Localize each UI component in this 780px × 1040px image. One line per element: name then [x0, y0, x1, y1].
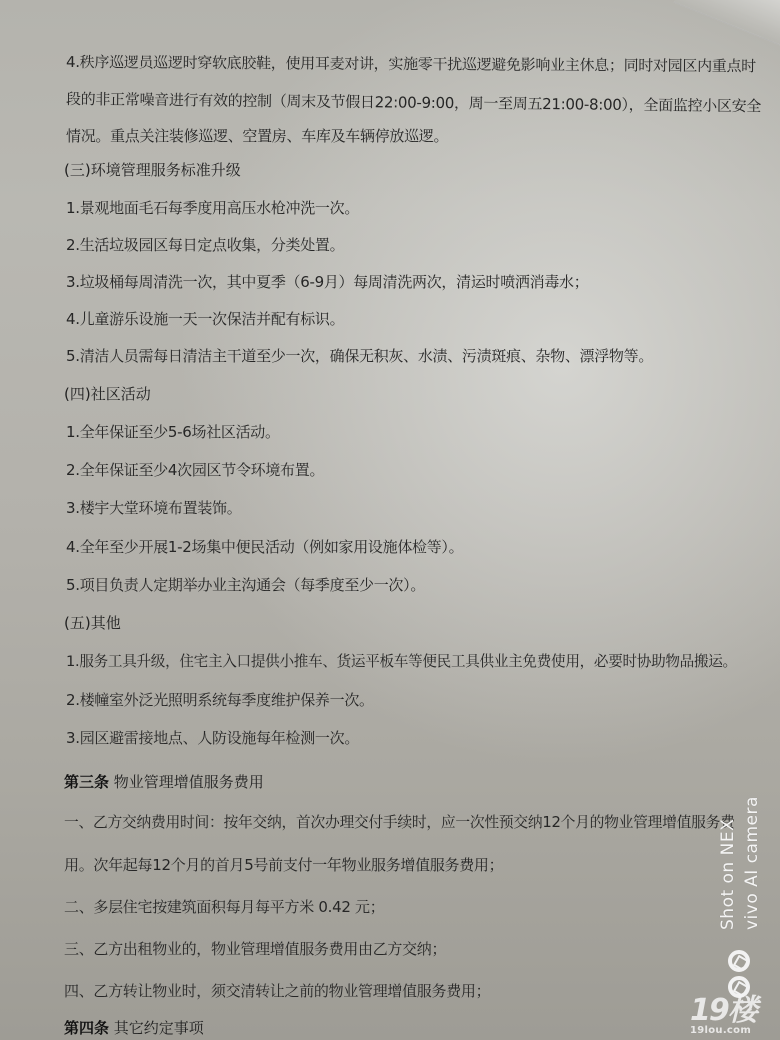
section-heading-community: (四)社区活动 [64, 384, 151, 404]
paper-corner-fold [674, 0, 780, 55]
article-heading-3: 第三条 物业管理增值服务费用 [64, 772, 264, 792]
list-item: 1.服务工具升级，住宅主入口提供小推车、货运平板车等便民工具供业主免费使用，必要… [66, 652, 737, 672]
article-title: 其它约定事项 [114, 1019, 204, 1037]
site-logo-mark: 19楼 [690, 993, 756, 1028]
section-heading-environment: (三)环境管理服务标准升级 [64, 160, 241, 180]
list-item: 3.园区避雷接地点、人防设施每年检测一次。 [66, 728, 359, 748]
paragraph-line: 段的非正常噪音进行有效的控制（周末及节假日22:00-9:00，周一至周五21:… [66, 89, 761, 116]
paragraph-line: 情况。重点关注装修巡逻、空置房、车库及车辆停放巡逻。 [66, 126, 448, 146]
site-logo: 19楼 19lou.com [690, 985, 756, 1036]
clause-line: 二、多层住宅按建筑面积每月每平方米 0.42 元； [64, 897, 384, 917]
list-item: 1.景观地面毛石每季度用高压水枪冲洗一次。 [66, 198, 359, 218]
list-item: 3.垃圾桶每周清洗一次，其中夏季（6-9月）每周清洗两次，清运时喷洒消毒水； [66, 272, 588, 292]
clause-line: 四、乙方转让物业时，须交清转让之前的物业管理增值服务费用； [64, 981, 490, 1001]
list-item: 1.全年保证至少5-6场社区活动。 [66, 422, 280, 442]
list-item: 5.项目负责人定期举办业主沟通会（每季度至少一次）。 [66, 575, 425, 595]
list-item: 2.生活垃圾园区每日定点收集，分类处置。 [66, 235, 344, 255]
article-title: 物业管理增值服务费用 [114, 773, 264, 791]
list-item: 3.楼宇大堂环境布置装饰。 [66, 498, 241, 518]
watermark-line1: Shot on NEX [718, 819, 738, 930]
list-item: 4.全年至少开展1-2场集中便民活动（例如家用设施体检等）。 [66, 537, 463, 557]
article-heading-4: 第四条 其它约定事项 [64, 1018, 204, 1038]
article-label: 第四条 [64, 1019, 109, 1037]
list-item: 2.全年保证至少4次园区节令环境布置。 [66, 460, 324, 480]
site-url: 19lou.com [690, 1025, 756, 1036]
document-photo: 4.秩序巡逻员巡逻时穿软底胶鞋，使用耳麦对讲，实施零干扰巡逻避免影响业主休息；同… [0, 0, 780, 1040]
paragraph-line: 4.秩序巡逻员巡逻时穿软底胶鞋，使用耳麦对讲，实施零干扰巡逻避免影响业主休息；同… [66, 52, 756, 76]
article-label: 第三条 [64, 773, 109, 791]
list-item: 2.楼幢室外泛光照明系统每季度维护保养一次。 [66, 690, 374, 710]
list-item: 5.清洁人员需每日清洁主干道至少一次，确保无积灰、水渍、污渍斑痕、杂物、漂浮物等… [66, 346, 653, 366]
section-heading-other: (五)其他 [64, 613, 121, 633]
clause-line: 一、乙方交纳费用时间：按年交纳，首次办理交付手续时，应一次性预交纳12个月的物业… [64, 813, 735, 833]
shutter-icon [728, 950, 750, 972]
clause-line: 三、乙方出租物业的，物业管理增值服务费用由乙方交纳； [64, 939, 446, 959]
clause-line: 用。次年起每12个月的首月5号前支付一年物业服务增值服务费用； [64, 855, 503, 875]
watermark-line2: vivo AI camera [742, 796, 762, 930]
list-item: 4.儿童游乐设施一天一次保洁并配有标识。 [66, 309, 344, 329]
